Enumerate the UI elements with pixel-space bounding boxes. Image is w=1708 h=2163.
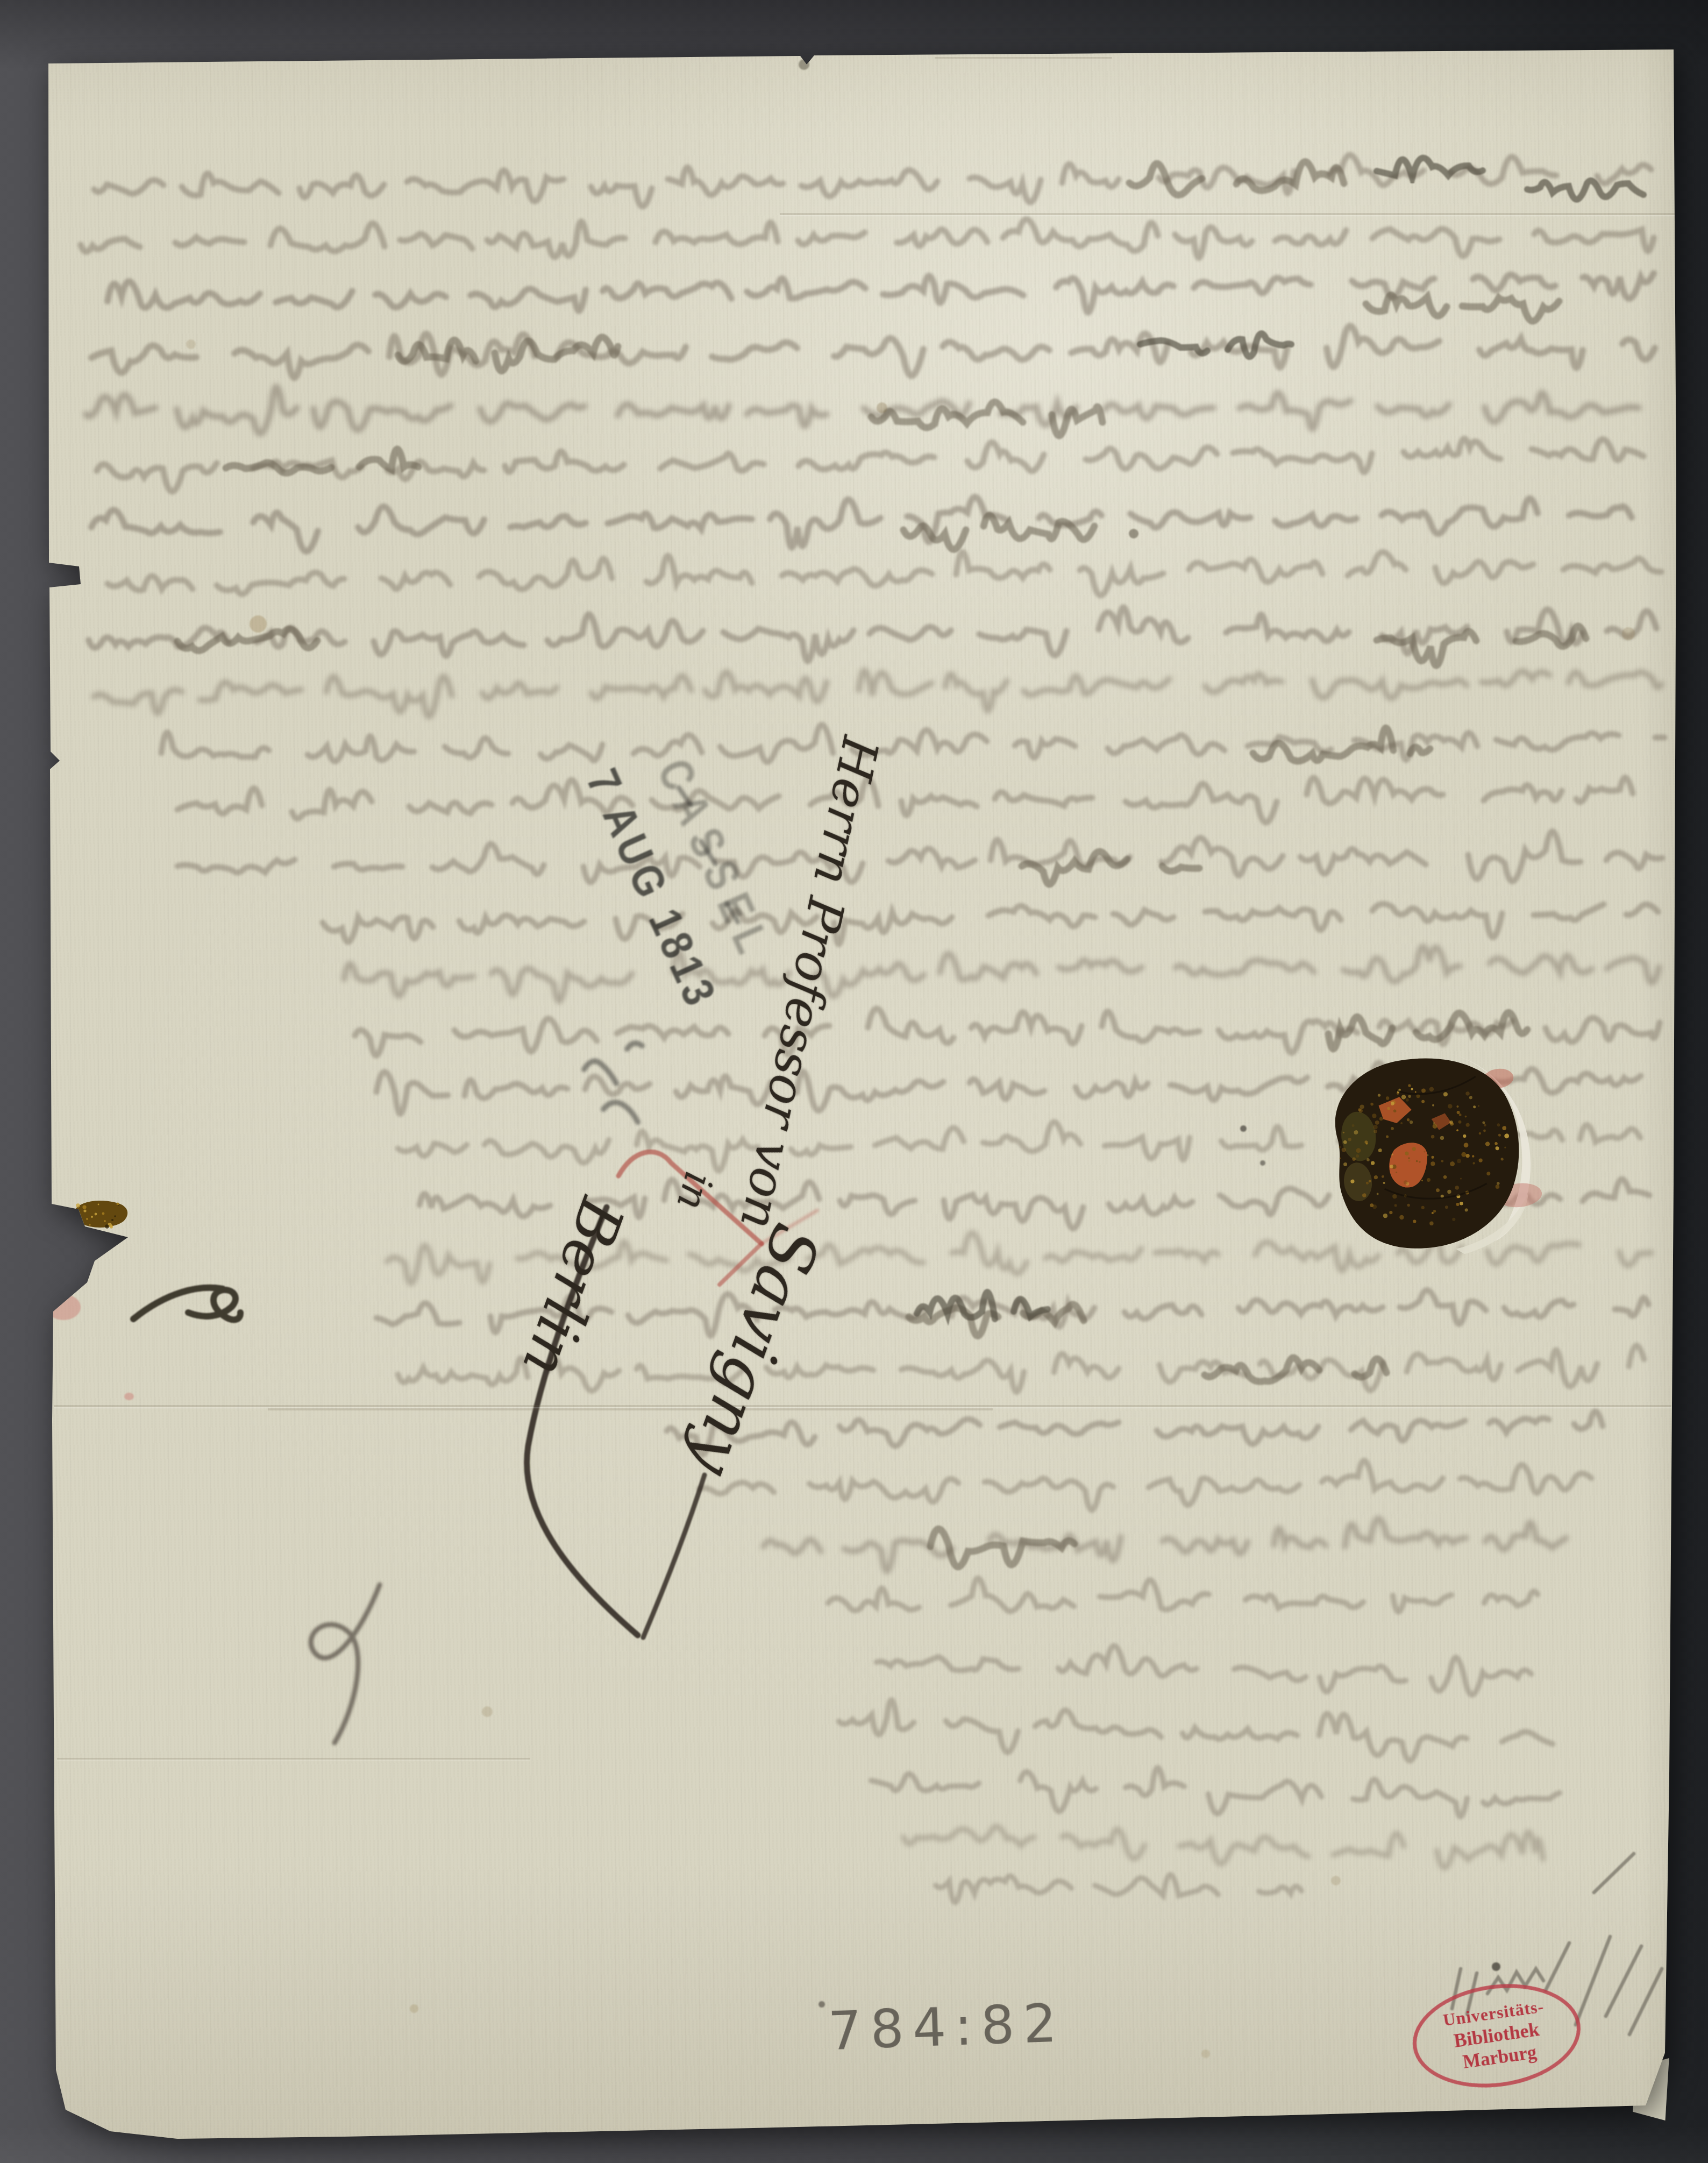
speck	[799, 59, 809, 70]
address-flourish-right	[643, 1475, 704, 1637]
speck	[1260, 1160, 1265, 1166]
seal-remnant	[74, 1201, 127, 1229]
speck	[1240, 1125, 1247, 1132]
speck	[1331, 1876, 1341, 1885]
letter-paper: Herrn Professor von Savigny in Berlin CA…	[0, 0, 1708, 2163]
speck	[186, 339, 196, 349]
speck	[410, 2004, 418, 2013]
speck	[819, 2001, 825, 2008]
scan-artwork	[0, 0, 1708, 2163]
crease-line	[268, 1408, 993, 1410]
shelfmark: 784:82	[827, 1992, 1066, 2062]
speck	[877, 402, 887, 413]
wax-residue	[46, 1294, 81, 1320]
speck	[250, 615, 267, 633]
wax-residue	[47, 1239, 84, 1254]
speck	[482, 1706, 493, 1717]
crease-line	[935, 57, 1112, 59]
postmark-smudge-a	[584, 1043, 642, 1122]
scanned-letter-page: Herrn Professor von Savigny in Berlin CA…	[0, 0, 1708, 2163]
speck	[1622, 627, 1635, 640]
speck	[1492, 1962, 1500, 1971]
crease-line	[54, 1405, 1671, 1407]
ink-paraph	[133, 1288, 240, 1320]
wax-residue	[124, 1393, 134, 1400]
letter-paper-wrap: Herrn Professor von Savigny in Berlin CA…	[0, 0, 1708, 2163]
crease-line	[780, 213, 1675, 215]
speck	[1201, 2049, 1210, 2058]
crease-line	[57, 1758, 530, 1760]
flourish-swirl	[311, 1585, 380, 1743]
speck	[1129, 529, 1138, 538]
